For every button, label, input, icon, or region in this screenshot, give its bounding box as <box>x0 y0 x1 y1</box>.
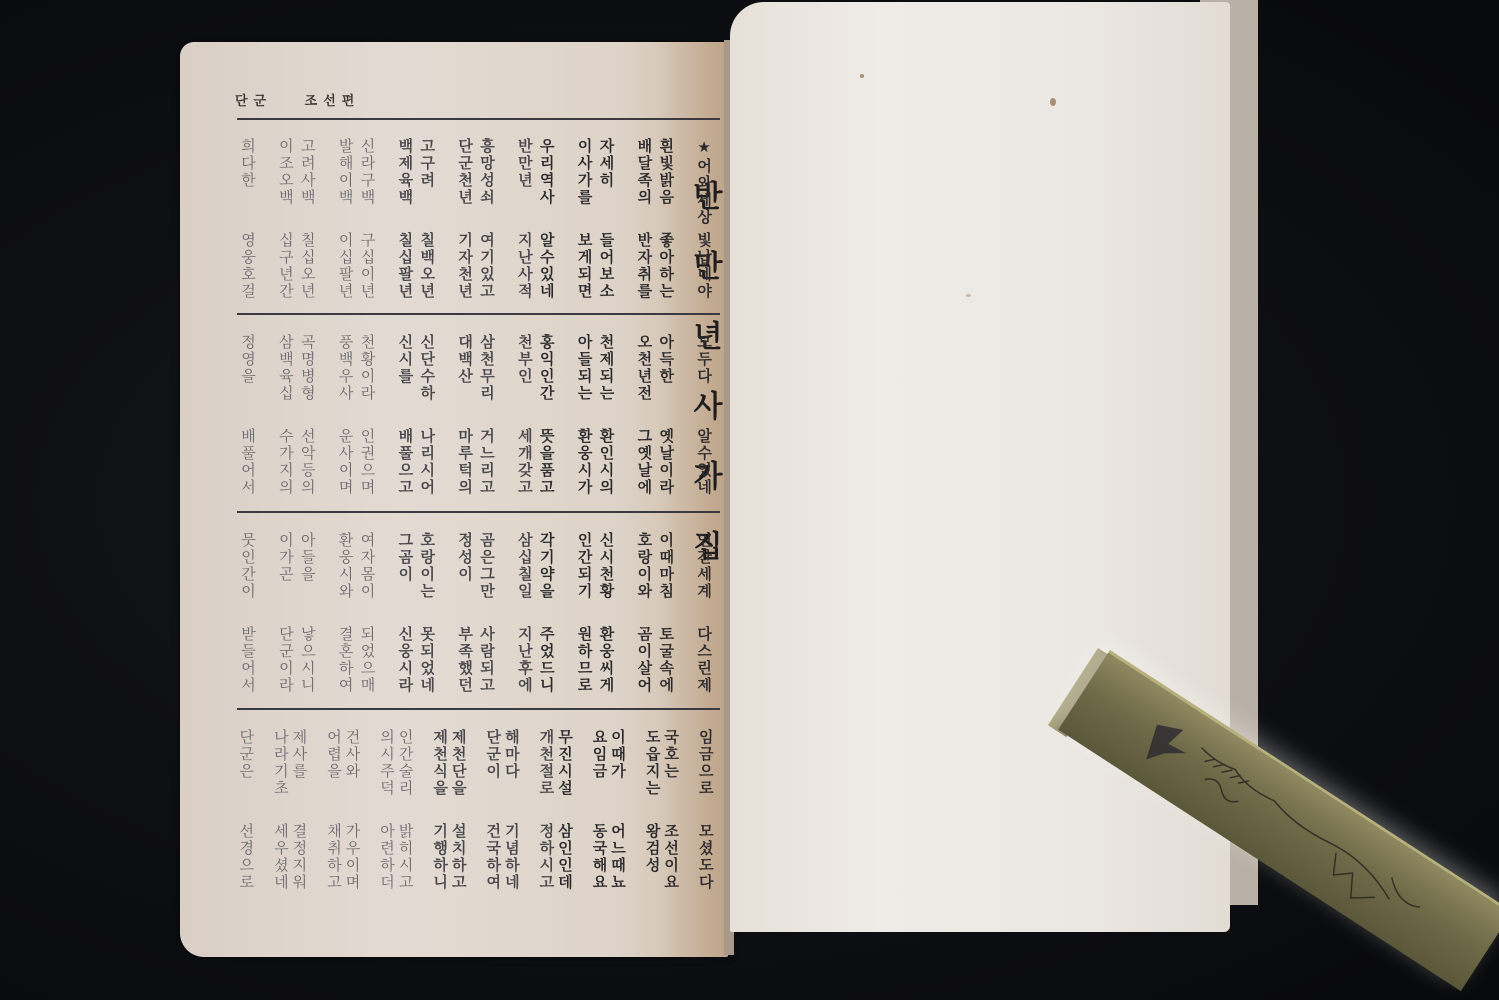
section-rule <box>237 708 720 710</box>
verse-line-lower: 단군이라 <box>276 626 296 694</box>
verse-line-upper: 여자몸이 <box>357 532 377 600</box>
running-head: 단군 조선편 <box>235 90 382 109</box>
verse-line-lower: 지난사적 <box>515 232 535 300</box>
verse-line-lower: 기행하니 <box>430 823 450 891</box>
verse-line-upper: 우리역사 <box>537 138 557 206</box>
verse-line-upper: 천제되는 <box>596 334 616 402</box>
verse-line-lower: 알수있네 <box>537 232 557 300</box>
stain-spot <box>966 294 971 297</box>
verse-line-lower: 가우이며 <box>343 823 363 891</box>
verse-line-lower: 곰이살어 <box>634 626 654 694</box>
verse-line-lower: 왕검성 <box>643 823 663 874</box>
running-head-right: 조선편 <box>305 94 361 109</box>
verse-line-lower: 구십이년 <box>357 232 377 300</box>
verse-line-lower: 이십팔년 <box>336 232 356 300</box>
verse-line-lower: 환인시의 <box>596 428 616 496</box>
verse-line-lower: 운사이며 <box>336 428 356 496</box>
verse-line-upper: 신시천황 <box>596 532 616 600</box>
verse-line-upper: 정영을 <box>238 334 258 385</box>
verse-line-lower: 낳으시니 <box>298 626 318 694</box>
verse-line-lower: 신웅시라 <box>395 626 415 694</box>
verse-line-upper: ★어와세상 <box>694 138 714 226</box>
verse-line-upper: 곡명병형 <box>298 334 318 402</box>
verse-line-upper: 고구려 <box>417 138 437 189</box>
verse-line-lower: 다스린제 <box>694 626 714 694</box>
verse-line-lower: 여기있고 <box>477 232 497 300</box>
verse-line-lower: 정하시고 <box>536 823 556 891</box>
verse-line-lower: 주었드니 <box>537 626 557 694</box>
verse-line-lower: 부족했던 <box>455 626 475 694</box>
verse-line-upper: 아들을 <box>298 532 318 583</box>
verse-line-lower: 들어보소 <box>596 232 616 300</box>
verse-line-lower: 사람되고 <box>477 626 497 694</box>
section-rule <box>237 313 720 315</box>
verse-line-lower: 인권으며 <box>357 428 377 496</box>
verse-line-upper: 배달족의 <box>634 138 654 206</box>
verse-line-upper: 고려사백 <box>298 138 318 206</box>
verse-block-2: 모두다알수있네아득한옛날이라오천년전그옛날에천제되는환인시의아들되는환웅시가홍익… <box>237 316 715 506</box>
verse-line-upper: 자세히 <box>596 138 616 189</box>
verse-line-lower: 동국해요 <box>590 823 610 891</box>
verse-line-upper: 신라구백 <box>357 138 377 206</box>
verse-line-upper: 정성이 <box>455 532 475 583</box>
section-rule <box>237 511 720 513</box>
verse-line-lower: 되었으매 <box>357 626 377 694</box>
verse-line-upper: 이때가 <box>608 729 628 780</box>
verse-line-lower: 칠십오년 <box>298 232 318 300</box>
verse-line-lower: 토굴속에 <box>656 626 676 694</box>
verse-line-upper: 아득한 <box>656 334 676 385</box>
verse-line-lower: 빛납네야 <box>694 232 714 300</box>
verse-line-lower: 거느리고 <box>477 428 497 496</box>
verse-line-upper: 신단수하 <box>417 334 437 402</box>
verse-line-upper: 대백산 <box>455 334 475 385</box>
verse-line-lower: 건국하여 <box>483 823 503 891</box>
verse-line-upper: 희다한 <box>238 138 258 189</box>
verse-line-lower: 받들어서 <box>238 626 258 694</box>
verse-line-upper: 인간되기 <box>575 532 595 600</box>
verse-line-upper: 제천식을 <box>430 729 450 797</box>
verse-line-upper: 백제육백 <box>395 138 415 206</box>
stain-spot <box>860 74 864 78</box>
verse-line-lower: 기자천년 <box>455 232 475 300</box>
verse-line-upper: 건사와 <box>343 729 363 780</box>
verse-line-upper: 곰은그만 <box>477 532 497 600</box>
verse-line-upper: 이사가를 <box>575 138 595 206</box>
verse-line-upper: 아들되는 <box>575 334 595 402</box>
verse-line-upper: 신시를 <box>395 334 415 385</box>
verse-line-upper: 도읍지는 <box>643 729 663 797</box>
verse-line-upper: 요임금 <box>590 729 610 780</box>
verse-line-upper: 개천절로 <box>536 729 556 797</box>
verse-line-upper: 천부인 <box>515 334 535 385</box>
verse-line-upper: 풍백우사 <box>336 334 356 402</box>
verse-line-upper: 모두다 <box>694 334 714 385</box>
verse-line-upper: 단군천년 <box>455 138 475 206</box>
verse-line-lower: 수가지의 <box>276 428 296 496</box>
verse-line-upper: 국호는 <box>661 729 681 780</box>
verse-line-lower: 배풀어서 <box>238 428 258 496</box>
verse-line-upper: 인간세계 <box>694 532 714 600</box>
verse-line-upper: 제천단을 <box>449 729 469 797</box>
verse-line-upper: 단군은 <box>236 729 256 780</box>
verse-line-lower: 좋아하는 <box>656 232 676 300</box>
verse-line-lower: 보게되면 <box>575 232 595 300</box>
verse-line-lower: 결정지워 <box>289 823 309 891</box>
verse-line-upper: 인간술리 <box>396 729 416 797</box>
verse-line-lower: 어느때뇨 <box>608 823 628 891</box>
verse-line-upper: 호랑이와 <box>634 532 654 600</box>
verse-line-lower: 영웅호걸 <box>238 232 258 300</box>
verse-line-lower: 조선이요 <box>661 823 681 891</box>
verse-line-upper: 어렵을 <box>324 729 344 780</box>
verse-line-lower: 선경으로 <box>236 823 256 891</box>
verse-line-upper: 삼천무리 <box>477 334 497 402</box>
verse-line-upper: 이때마침 <box>656 532 676 600</box>
verse-line-upper: 반만년 <box>515 138 535 189</box>
verse-line-upper: 흥망성쇠 <box>477 138 497 206</box>
verse-line-upper: 삼십칠일 <box>515 532 535 600</box>
verse-line-upper: 홍익인간 <box>537 334 557 402</box>
verse-block-4: 임금으로모셨도다국호는조선이요도읍지는왕검성이때가어느때뇨요임금동국해요무진시설… <box>237 711 715 901</box>
verse-line-lower: 선악등의 <box>298 428 318 496</box>
verse-line-upper: 오천년전 <box>634 334 654 402</box>
verse-line-lower: 기념하네 <box>502 823 522 891</box>
verse-line-lower: 지난후에 <box>515 626 535 694</box>
verse-line-lower: 뜻을품고 <box>537 428 557 496</box>
running-head-left: 단군 <box>235 94 272 109</box>
verse-line-upper: 환웅시와 <box>336 532 356 600</box>
verse-line-lower: 십구년간 <box>276 232 296 300</box>
verse-line-upper: 그곰이 <box>395 532 415 583</box>
verse-block-1: ★어와세상빛납네야흰빛밝음좋아하는배달족의반자취를자세히들어보소이사가를보게되면… <box>237 120 715 310</box>
verse-line-upper: 발해이백 <box>336 138 356 206</box>
verse-line-upper: 단군이 <box>483 729 503 780</box>
verse-line-lower: 배풀으고 <box>395 428 415 496</box>
verse-line-upper: 호랑이는 <box>417 532 437 600</box>
verse-line-lower: 못되었네 <box>417 626 437 694</box>
verse-line-lower: 세개갖고 <box>515 428 535 496</box>
verse-line-lower: 결혼하여 <box>336 626 356 694</box>
verse-line-lower: 밝히시고 <box>396 823 416 891</box>
verse-line-lower: 마루턱의 <box>455 428 475 496</box>
verse-line-lower: 세우셨네 <box>271 823 291 891</box>
verse-line-lower: 원하므로 <box>575 626 595 694</box>
verse-line-lower: 모셨도다 <box>696 823 716 891</box>
verse-line-upper: 해마다 <box>502 729 522 780</box>
verse-line-upper: 나라기초 <box>271 729 291 797</box>
verse-line-lower: 옛날이라 <box>656 428 676 496</box>
verse-line-upper: 이조오백 <box>276 138 296 206</box>
verse-line-upper: 무진시설 <box>555 729 575 797</box>
verse-block-3: 인간세계다스린제이때마침토굴속에호랑이와곰이살어신시천황환웅씨게인간되기원하므로… <box>237 514 715 704</box>
verse-line-upper: 이가곤 <box>276 532 296 583</box>
verse-line-upper: 임금으로 <box>696 729 716 797</box>
verse-line-lower: 아련하더 <box>377 823 397 891</box>
verse-line-lower: 반자취를 <box>634 232 654 300</box>
verse-line-upper: 뭇인간이 <box>238 532 258 600</box>
verse-line-lower: 채취하고 <box>324 823 344 891</box>
verse-line-lower: 설치하고 <box>449 823 469 891</box>
verse-line-lower: 삼인인데 <box>555 823 575 891</box>
verse-line-lower: 그옛날에 <box>634 428 654 496</box>
verse-line-upper: 각기약을 <box>537 532 557 600</box>
stain-spot <box>1050 98 1056 106</box>
verse-line-lower: 칠백오년 <box>417 232 437 300</box>
verse-line-upper: 천황이라 <box>357 334 377 402</box>
verse-line-lower: 알수있네 <box>694 428 714 496</box>
verse-line-upper: 삼백육십 <box>276 334 296 402</box>
verse-line-upper: 제사를 <box>289 729 309 780</box>
verse-line-lower: 칠십팔년 <box>395 232 415 300</box>
verse-line-upper: 흰빛밝음 <box>656 138 676 206</box>
verse-line-upper: 의시주덕 <box>377 729 397 797</box>
verse-line-lower: 환웅시가 <box>575 428 595 496</box>
verse-line-lower: 환웅씨게 <box>596 626 616 694</box>
verse-line-lower: 나리시어 <box>417 428 437 496</box>
